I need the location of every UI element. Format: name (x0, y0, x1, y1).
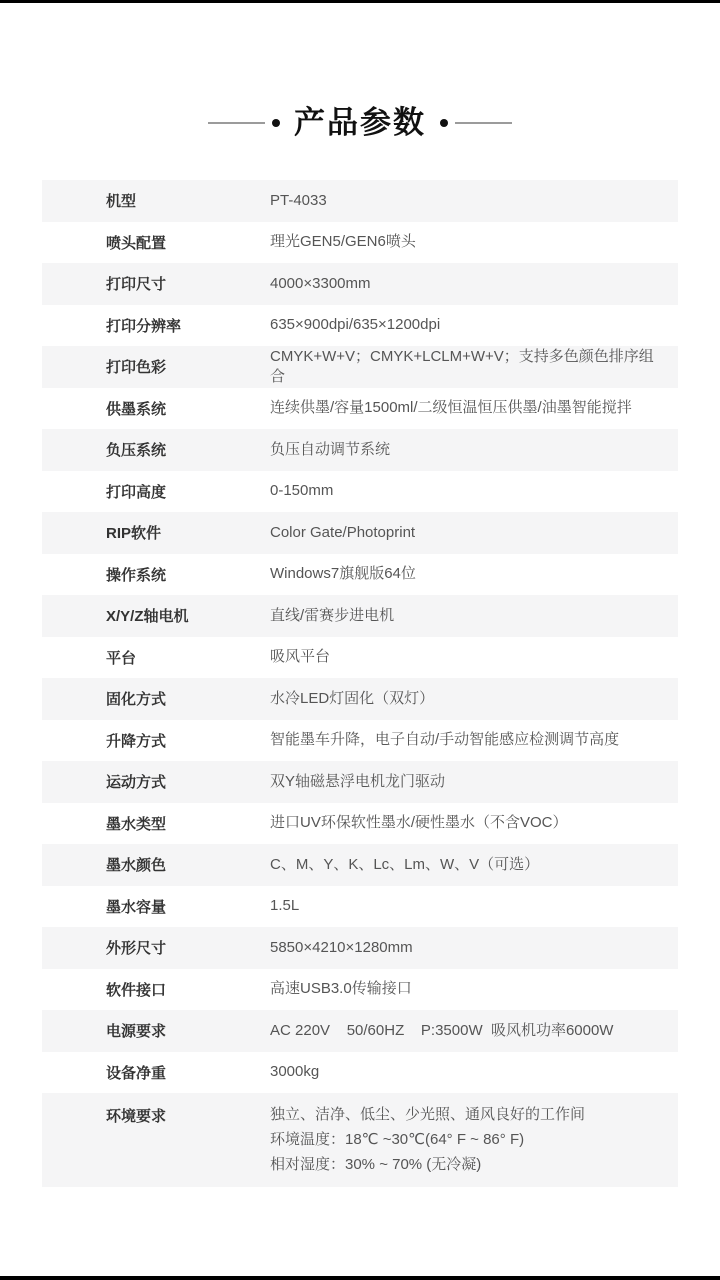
spec-label: 操作系统 (42, 564, 270, 585)
spec-label: RIP软件 (42, 522, 270, 543)
spec-label: 墨水容量 (42, 896, 270, 917)
spec-value: Windows7旗舰版64位 (270, 564, 678, 584)
spec-value: 水冷LED灯固化（双灯） (270, 689, 678, 709)
spec-value: PT-4033 (270, 191, 678, 211)
spec-value: Color Gate/Photoprint (270, 523, 678, 543)
spec-row: 设备净重3000kg (42, 1052, 678, 1094)
page-title: 产品参数 (294, 105, 426, 141)
spec-label: 设备净重 (42, 1062, 270, 1083)
spec-value: 吸风平台 (270, 647, 678, 667)
spec-value: 直线/雷赛步进电机 (270, 606, 678, 626)
spec-value: AC 220V 50/60HZ P:3500W 吸风机功率6000W (270, 1021, 678, 1041)
spec-row: 软件接口高速USB3.0传输接口 (42, 969, 678, 1011)
spec-value: 635×900dpi/635×1200dpi (270, 315, 678, 335)
spec-value: C、M、Y、K、Lc、Lm、W、V（可选） (270, 855, 678, 875)
spec-value: 连续供墨/容量1500ml/二级恒温恒压供墨/油墨智能搅拌 (270, 398, 678, 418)
spec-value: 3000kg (270, 1062, 678, 1082)
spec-row: 打印分辨率635×900dpi/635×1200dpi (42, 305, 678, 347)
spec-row: 墨水类型进口UV环保软性墨水/硬性墨水（不含VOC） (42, 803, 678, 845)
spec-row: 负压系统负压自动调节系统 (42, 429, 678, 471)
spec-label: 墨水类型 (42, 813, 270, 834)
spec-row: 运动方式双Y轴磁悬浮电机龙门驱动 (42, 761, 678, 803)
spec-value: CMYK+W+V；CMYK+LCLM+W+V；支持多色颜色排序组合 (270, 347, 678, 387)
spec-label: 喷头配置 (42, 232, 270, 253)
spec-value: 1.5L (270, 896, 678, 916)
spec-label: 环境要求 (42, 1102, 270, 1126)
spec-row: 机型PT-4033 (42, 180, 678, 222)
spec-row: 电源要求AC 220V 50/60HZ P:3500W 吸风机功率6000W (42, 1010, 678, 1052)
bottom-border-bar (0, 1276, 720, 1280)
spec-label: 软件接口 (42, 979, 270, 1000)
spec-table: 机型PT-4033喷头配置理光GEN5/GEN6喷头打印尺寸4000×3300m… (42, 180, 678, 1187)
spec-label: 打印高度 (42, 481, 270, 502)
spec-label: 升降方式 (42, 730, 270, 751)
spec-label: 外形尺寸 (42, 937, 270, 958)
spec-row: 喷头配置理光GEN5/GEN6喷头 (42, 222, 678, 264)
spec-row: 升降方式智能墨车升降，电子自动/手动智能感应检测调节高度 (42, 720, 678, 762)
spec-row: 打印色彩CMYK+W+V；CMYK+LCLM+W+V；支持多色颜色排序组合 (42, 346, 678, 388)
spec-label: X/Y/Z轴电机 (42, 605, 270, 626)
spec-row: 平台吸风平台 (42, 637, 678, 679)
spec-label: 打印尺寸 (42, 273, 270, 294)
spec-row: X/Y/Z轴电机直线/雷赛步进电机 (42, 595, 678, 637)
title-right-dot-icon (440, 119, 448, 127)
spec-row: RIP软件Color Gate/Photoprint (42, 512, 678, 554)
spec-value: 理光GEN5/GEN6喷头 (270, 232, 678, 252)
spec-label: 墨水颜色 (42, 854, 270, 875)
spec-label: 供墨系统 (42, 398, 270, 419)
title-right-line (455, 122, 512, 124)
top-border-bar (0, 0, 720, 3)
spec-label: 电源要求 (42, 1020, 270, 1041)
title-left-dot-icon (272, 119, 280, 127)
spec-label: 运动方式 (42, 771, 270, 792)
spec-row: 墨水容量1.5L (42, 886, 678, 928)
spec-label: 固化方式 (42, 688, 270, 709)
spec-row: 外形尺寸5850×4210×1280mm (42, 927, 678, 969)
spec-value: 4000×3300mm (270, 274, 678, 294)
spec-label: 打印分辨率 (42, 315, 270, 336)
page-title-block: 产品参数 (0, 105, 720, 141)
spec-row: 打印尺寸4000×3300mm (42, 263, 678, 305)
spec-row: 操作系统Windows7旗舰版64位 (42, 554, 678, 596)
spec-value: 双Y轴磁悬浮电机龙门驱动 (270, 772, 678, 792)
spec-value-line: 环境温度：18℃ ~30℃(64° F ~ 86° F) (270, 1127, 662, 1152)
spec-label: 平台 (42, 647, 270, 668)
spec-label: 负压系统 (42, 439, 270, 460)
spec-value-line: 相对湿度：30% ~ 70% (无冷凝) (270, 1152, 662, 1177)
spec-row: 固化方式水冷LED灯固化（双灯） (42, 678, 678, 720)
spec-value: 负压自动调节系统 (270, 440, 678, 460)
title-left-line (208, 122, 265, 124)
spec-row: 环境要求独立、洁净、低尘、少光照、通风良好的工作间环境温度：18℃ ~30℃(6… (42, 1093, 678, 1187)
spec-row: 墨水颜色C、M、Y、K、Lc、Lm、W、V（可选） (42, 844, 678, 886)
spec-value: 独立、洁净、低尘、少光照、通风良好的工作间环境温度：18℃ ~30℃(64° F… (270, 1102, 678, 1177)
spec-value: 智能墨车升降，电子自动/手动智能感应检测调节高度 (270, 730, 678, 750)
spec-label: 打印色彩 (42, 356, 270, 377)
spec-row: 供墨系统连续供墨/容量1500ml/二级恒温恒压供墨/油墨智能搅拌 (42, 388, 678, 430)
spec-label: 机型 (42, 190, 270, 211)
spec-value: 进口UV环保软性墨水/硬性墨水（不含VOC） (270, 813, 678, 833)
spec-value: 高速USB3.0传输接口 (270, 979, 678, 999)
spec-value: 5850×4210×1280mm (270, 938, 678, 958)
spec-row: 打印高度0-150mm (42, 471, 678, 513)
spec-value-line: 独立、洁净、低尘、少光照、通风良好的工作间 (270, 1102, 662, 1127)
spec-value: 0-150mm (270, 481, 678, 501)
